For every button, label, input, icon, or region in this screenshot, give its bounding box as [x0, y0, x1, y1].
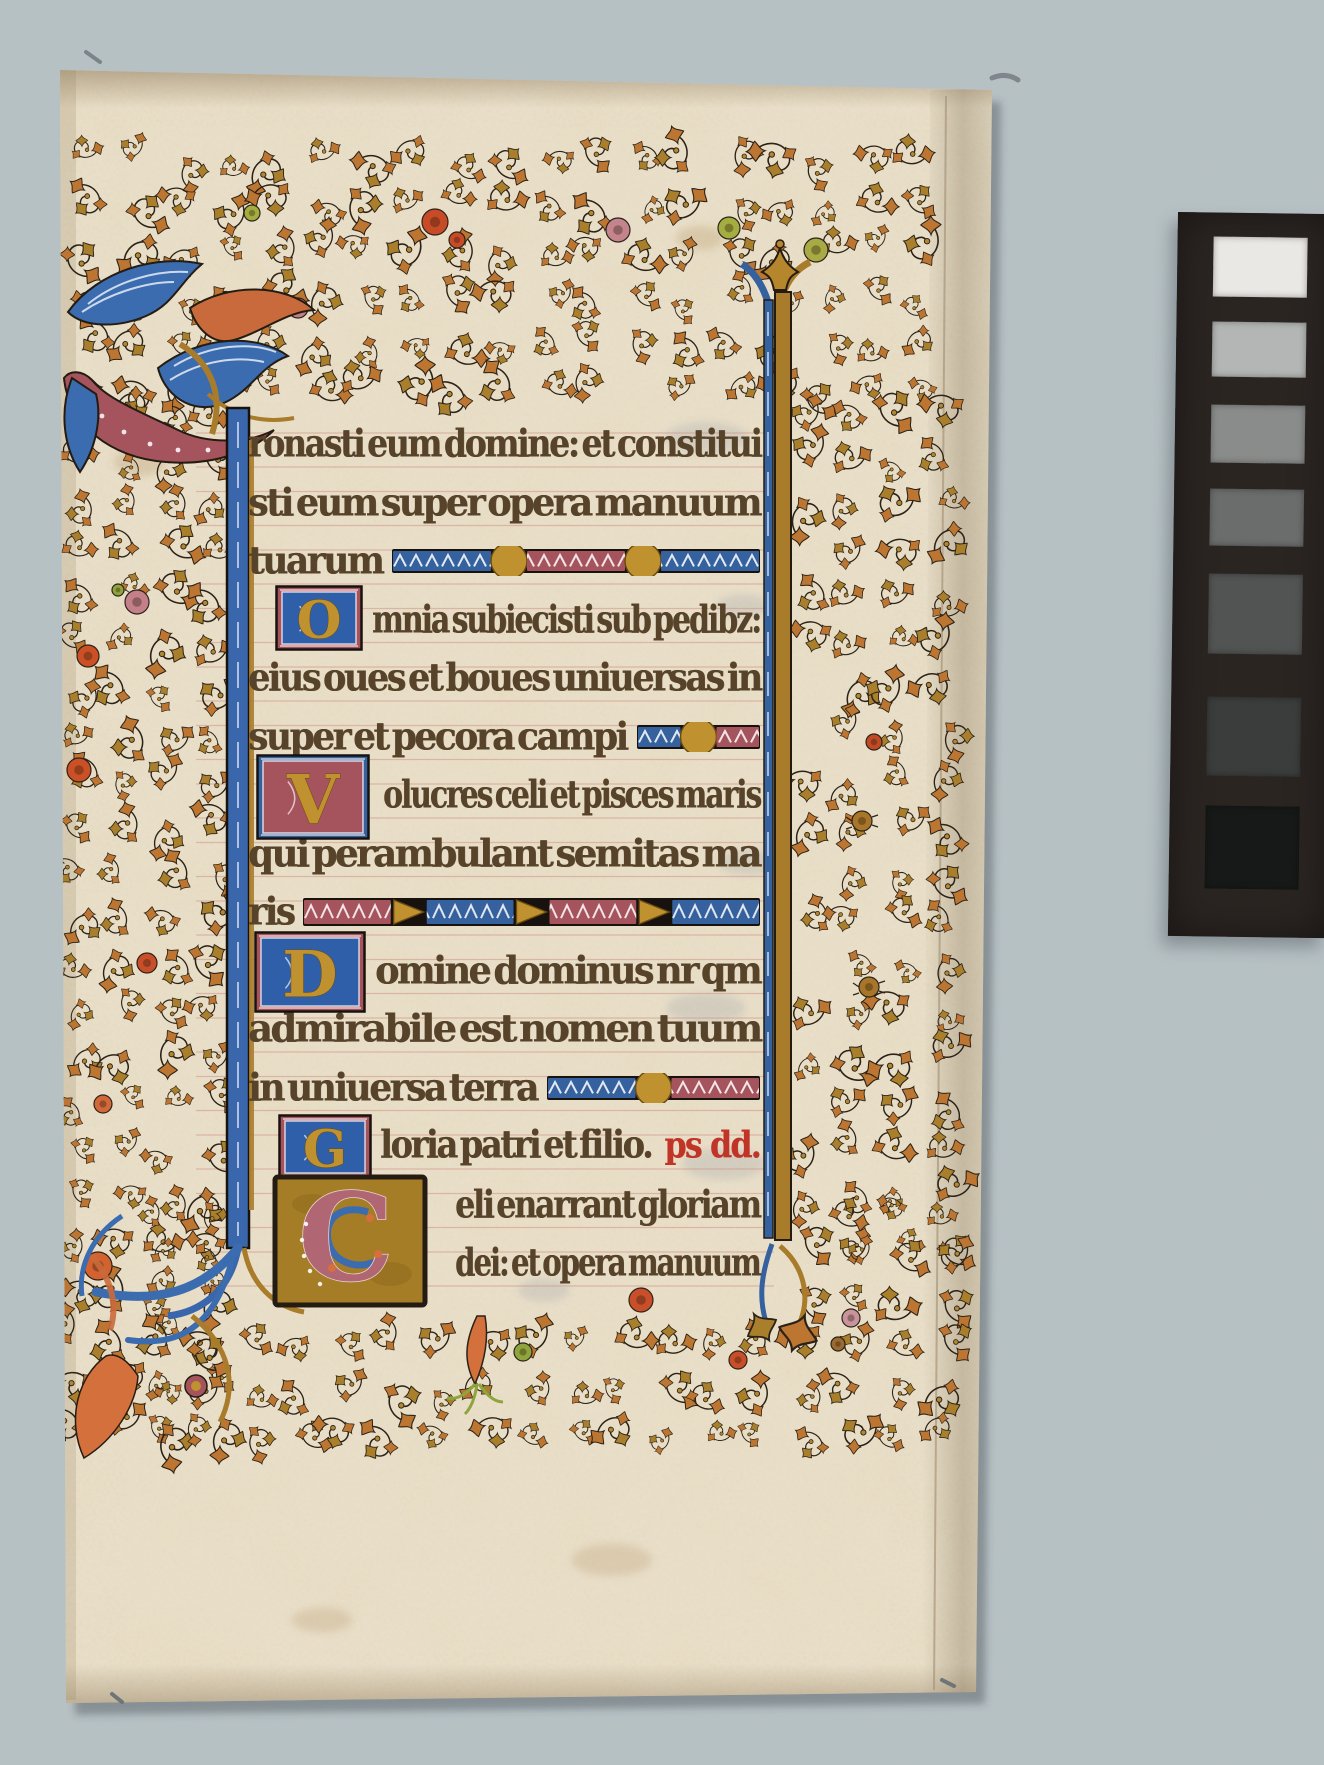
gray-scale-card [1168, 212, 1324, 938]
border-flower [112, 584, 124, 596]
border-flower [606, 218, 630, 242]
gray-patch-3 [1211, 404, 1306, 463]
gray-patch-1 [1213, 237, 1308, 298]
border-flower [94, 1095, 112, 1113]
border-flower [422, 209, 448, 235]
border-flower [244, 205, 260, 221]
gray-patch-7 [1205, 805, 1300, 889]
border-flower [842, 1309, 860, 1327]
photo-background: .lfA{fill:#bd7631;stroke:#2c2318;stroke-… [0, 0, 1324, 1765]
gray-patch-6 [1206, 696, 1301, 776]
border-flower [514, 1343, 532, 1361]
gray-patch-5 [1208, 573, 1303, 654]
border-flower [629, 1288, 653, 1312]
gray-patch-4 [1209, 488, 1304, 546]
gray-patch-2 [1212, 321, 1307, 377]
border-flower [77, 645, 99, 667]
manuscript-photo: .lfA{fill:#bd7631;stroke:#2c2318;stroke-… [0, 0, 1324, 1765]
parchment-leaf [36, 50, 1020, 1730]
border-flower [449, 232, 465, 248]
border-flower [804, 238, 828, 262]
border-flower [866, 734, 882, 750]
border-flower [125, 590, 149, 614]
border-flower [67, 758, 91, 782]
border-flower [718, 217, 740, 239]
border-flower [729, 1351, 747, 1369]
border-flower [137, 953, 157, 973]
border-flower [831, 1337, 845, 1351]
